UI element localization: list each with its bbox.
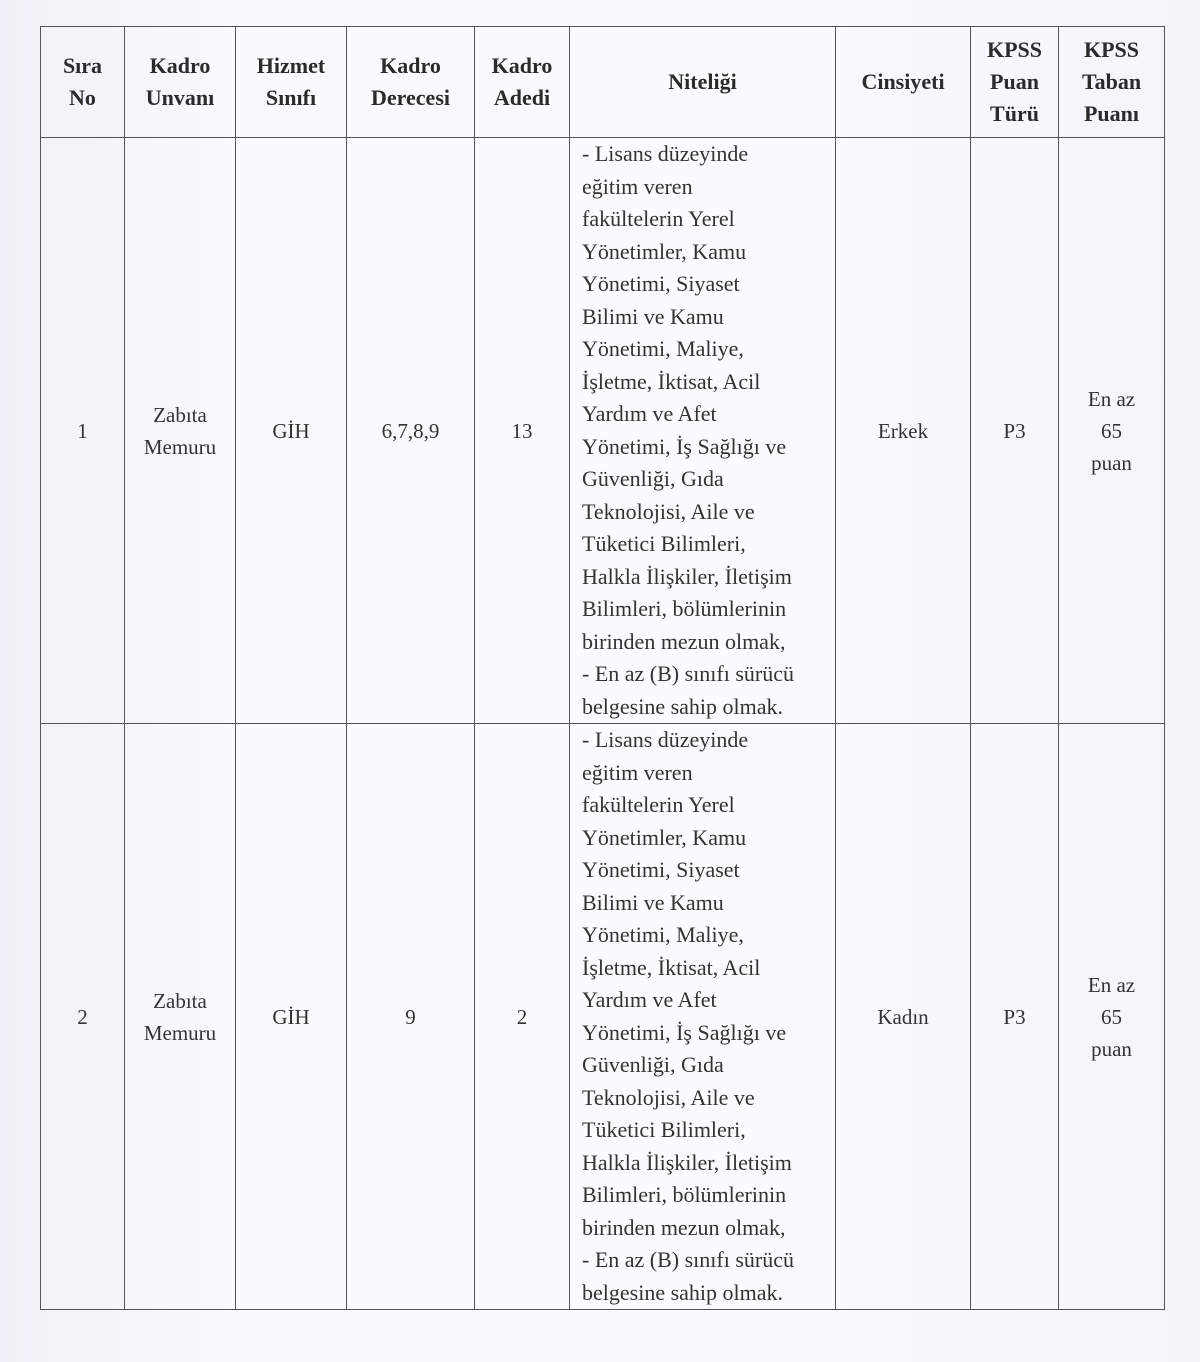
cell-text-line: eğitim veren: [582, 171, 827, 204]
header-text-line: Puan: [971, 66, 1058, 98]
cell-kadro-adedi: 13: [475, 138, 570, 724]
table-row: 2ZabıtaMemuruGİH92- Lisans düzeyindeeğit…: [41, 724, 1165, 1310]
header-kadro-adedi: KadroAdedi: [475, 27, 570, 138]
cell-text-line: Bilimleri, bölümlerinin: [582, 1179, 827, 1212]
cell-text: P3: [1003, 1005, 1025, 1029]
cell-text-line: Bilimi ve Kamu: [582, 301, 827, 334]
header-text-line: Niteliği: [570, 66, 835, 98]
cell-text-line: Yönetimi, İş Sağlığı ve: [582, 431, 827, 464]
header-text-line: Sıra: [41, 50, 124, 82]
cell-kadro-adedi: 2: [475, 724, 570, 1310]
header-niteligi: Niteliği: [570, 27, 836, 138]
header-text-line: KPSS: [971, 34, 1058, 66]
cell-text-line: puan: [1059, 447, 1164, 479]
header-text-line: Kadro: [475, 50, 569, 82]
cell-text-line: 65: [1059, 1001, 1164, 1033]
cell-text: 2: [77, 1005, 88, 1029]
header-kpss-taban-puani: KPSSTabanPuanı: [1059, 27, 1165, 138]
header-kadro-unvani: KadroUnvanı: [125, 27, 236, 138]
header-text-line: Derecesi: [347, 82, 474, 114]
cell-kadro-unvani: ZabıtaMemuru: [125, 724, 236, 1310]
cell-text-line: eğitim veren: [582, 757, 827, 790]
cell-text-line: birinden mezun olmak,: [582, 626, 827, 659]
cell-text: 2: [517, 1005, 528, 1029]
cell-text: GİH: [272, 419, 309, 443]
cell-hizmet-sinifi: GİH: [236, 724, 347, 1310]
cell-text-line: Yönetimi, Maliye,: [582, 333, 827, 366]
cell-kpss-puan-turu: P3: [971, 724, 1059, 1310]
cell-text-line: Tüketici Bilimleri,: [582, 1114, 827, 1147]
cell-text-line: En az: [1059, 969, 1164, 1001]
cell-kadro-derecesi: 6,7,8,9: [347, 138, 475, 724]
table-body: 1ZabıtaMemuruGİH6,7,8,913- Lisans düzeyi…: [41, 138, 1165, 1310]
header-cinsiyeti: Cinsiyeti: [836, 27, 971, 138]
cell-text-line: belgesine sahip olmak.: [582, 1277, 827, 1310]
cell-text-line: puan: [1059, 1033, 1164, 1065]
cell-text-line: 65: [1059, 415, 1164, 447]
cell-text-line: Yönetimler, Kamu: [582, 236, 827, 269]
header-text-line: Hizmet: [236, 50, 346, 82]
cell-text-line: - En az (B) sınıfı sürücü: [582, 658, 827, 691]
cell-text-line: Yardım ve Afet: [582, 398, 827, 431]
header-text-line: Kadro: [347, 50, 474, 82]
header-text-line: KPSS: [1059, 34, 1164, 66]
cell-text-line: fakültelerin Yerel: [582, 789, 827, 822]
document-page: SıraNoKadroUnvanıHizmetSınıfıKadroDerece…: [0, 0, 1200, 1362]
header-hizmet-sinifi: HizmetSınıfı: [236, 27, 347, 138]
cell-text-line: Halkla İlişkiler, İletişim: [582, 561, 827, 594]
cell-text: P3: [1003, 419, 1025, 443]
header-text-line: Adedi: [475, 82, 569, 114]
cell-text-line: Zabıta: [125, 399, 235, 431]
cell-niteligi: - Lisans düzeyindeeğitim verenfakülteler…: [570, 724, 836, 1310]
header-text-line: No: [41, 82, 124, 114]
header-text-line: Sınıfı: [236, 82, 346, 114]
cell-text-line: Yönetimi, Siyaset: [582, 854, 827, 887]
cell-cinsiyeti: Erkek: [836, 138, 971, 724]
header-text-line: Türü: [971, 98, 1058, 130]
header-text-line: Puanı: [1059, 98, 1164, 130]
header-text-line: Taban: [1059, 66, 1164, 98]
cell-kpss-taban-puani: En az65puan: [1059, 724, 1165, 1310]
cell-text-line: Yardım ve Afet: [582, 984, 827, 1017]
cell-text: 9: [405, 1005, 416, 1029]
cell-text: 1: [77, 419, 88, 443]
cell-text-line: Güvenliği, Gıda: [582, 1049, 827, 1082]
cell-text-line: - Lisans düzeyinde: [582, 138, 827, 171]
cell-text: Kadın: [877, 1005, 928, 1029]
cell-text-line: Teknolojisi, Aile ve: [582, 1082, 827, 1115]
cell-text-line: fakültelerin Yerel: [582, 203, 827, 236]
header-text-line: Cinsiyeti: [836, 66, 970, 98]
cell-text-line: Tüketici Bilimleri,: [582, 528, 827, 561]
cell-text-line: Güvenliği, Gıda: [582, 463, 827, 496]
cell-text-line: Bilimi ve Kamu: [582, 887, 827, 920]
cell-text: 13: [512, 419, 533, 443]
cell-niteligi: - Lisans düzeyindeeğitim verenfakülteler…: [570, 138, 836, 724]
cell-text-line: Teknolojisi, Aile ve: [582, 496, 827, 529]
cell-text-line: Zabıta: [125, 985, 235, 1017]
header-text-line: Unvanı: [125, 82, 235, 114]
header-sira-no: SıraNo: [41, 27, 125, 138]
cell-cinsiyeti: Kadın: [836, 724, 971, 1310]
kadro-table: SıraNoKadroUnvanıHizmetSınıfıKadroDerece…: [40, 26, 1165, 1310]
cell-text: GİH: [272, 1005, 309, 1029]
header-kadro-derecesi: KadroDerecesi: [347, 27, 475, 138]
header-kpss-puan-turu: KPSSPuanTürü: [971, 27, 1059, 138]
cell-kpss-taban-puani: En az65puan: [1059, 138, 1165, 724]
cell-text-line: Memuru: [125, 1017, 235, 1049]
cell-text-line: Yönetimi, Siyaset: [582, 268, 827, 301]
cell-text-line: Halkla İlişkiler, İletişim: [582, 1147, 827, 1180]
cell-kadro-derecesi: 9: [347, 724, 475, 1310]
cell-text: 6,7,8,9: [382, 419, 440, 443]
cell-text-line: - Lisans düzeyinde: [582, 724, 827, 757]
cell-text-line: birinden mezun olmak,: [582, 1212, 827, 1245]
cell-text-line: En az: [1059, 383, 1164, 415]
cell-sira-no: 1: [41, 138, 125, 724]
cell-text-line: İşletme, İktisat, Acil: [582, 952, 827, 985]
cell-text: Erkek: [878, 419, 928, 443]
cell-text-line: Yönetimi, Maliye,: [582, 919, 827, 952]
header-row: SıraNoKadroUnvanıHizmetSınıfıKadroDerece…: [41, 27, 1165, 138]
cell-text-line: İşletme, İktisat, Acil: [582, 366, 827, 399]
cell-text-line: belgesine sahip olmak.: [582, 691, 827, 724]
cell-text-line: Yönetimler, Kamu: [582, 822, 827, 855]
cell-text-line: - En az (B) sınıfı sürücü: [582, 1244, 827, 1277]
header-text-line: Kadro: [125, 50, 235, 82]
cell-kpss-puan-turu: P3: [971, 138, 1059, 724]
cell-text-line: Yönetimi, İş Sağlığı ve: [582, 1017, 827, 1050]
cell-sira-no: 2: [41, 724, 125, 1310]
cell-text-line: Memuru: [125, 431, 235, 463]
table-row: 1ZabıtaMemuruGİH6,7,8,913- Lisans düzeyi…: [41, 138, 1165, 724]
cell-kadro-unvani: ZabıtaMemuru: [125, 138, 236, 724]
cell-hizmet-sinifi: GİH: [236, 138, 347, 724]
cell-text-line: Bilimleri, bölümlerinin: [582, 593, 827, 626]
